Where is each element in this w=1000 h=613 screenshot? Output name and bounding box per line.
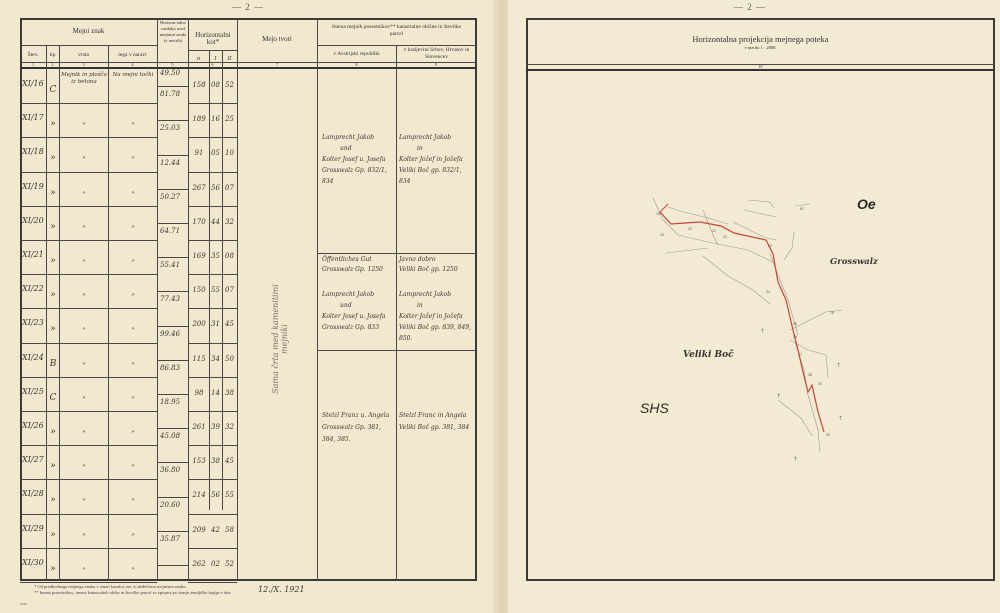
mark-type: B xyxy=(47,359,59,369)
angle-seconds: 38 xyxy=(222,389,237,397)
mark-kind: » xyxy=(60,190,108,197)
owner-parcel: Veliki Boč gp. 839, 849, 850. xyxy=(399,322,473,344)
owner-parcel: Grosswalz Gp. 832/1, 834 xyxy=(322,165,396,187)
mark-type: » xyxy=(47,119,59,129)
owner-shs-3: Lamprecht Jakob in Kolter Jožef in Jožef… xyxy=(399,289,473,344)
svg-text:↑: ↑ xyxy=(838,415,843,422)
mark-position: » xyxy=(109,532,157,539)
col-number: 6 xyxy=(188,62,237,67)
owner-name: Lamprecht Jakob xyxy=(399,132,473,143)
svg-text:19: 19 xyxy=(660,233,664,237)
owner-name: Öffentliches Gut xyxy=(322,255,396,265)
mark-position: » xyxy=(109,463,157,470)
print-mark: xxxx xyxy=(20,602,27,606)
left-page: — 2 — Mejni znak Štev. tip vrsta lega v … xyxy=(0,0,498,613)
angle-degrees: 153 xyxy=(189,457,209,465)
svg-text:18: 18 xyxy=(656,212,660,216)
mark-kind: » xyxy=(60,361,108,368)
mark-type: C xyxy=(47,85,59,95)
distance: 18.95 xyxy=(160,398,180,406)
angle-minutes: 42 xyxy=(209,526,222,534)
distance: 50.27 xyxy=(160,193,180,201)
angle-degrees: 200 xyxy=(189,320,209,328)
svg-text:29: 29 xyxy=(818,382,822,386)
header-lega: lega v naravi xyxy=(108,52,157,59)
boundary-map: 181920 212223 242526 272829 308178 ↑↑↑ ↑… xyxy=(508,0,1000,613)
mark-kind: » xyxy=(60,566,108,573)
angle-seconds: 07 xyxy=(222,184,237,192)
owner-name: Lamprecht Jakob xyxy=(322,132,396,143)
owner-shs-2: Javno dobro Veliki Boč gp. 1250 xyxy=(399,255,473,275)
map-label-veliki-boc: Veliki Boč xyxy=(683,350,734,360)
angle-minutes: 55 xyxy=(209,286,222,294)
owner-name: Lamprecht Jakob xyxy=(322,289,396,300)
header-kot: Horizontalni kot* xyxy=(189,32,237,46)
mark-kind: » xyxy=(60,463,108,470)
angle-seconds: 32 xyxy=(222,218,237,226)
angle-degrees: 169 xyxy=(189,252,209,260)
angle-degrees: 150 xyxy=(189,286,209,294)
angle-minutes: 34 xyxy=(209,355,222,363)
distance: 45.08 xyxy=(160,432,180,440)
mark-number: XI/16 xyxy=(22,79,46,88)
angle-minutes: 56 xyxy=(209,491,222,499)
angle-minutes: 31 xyxy=(209,320,222,328)
angle-degrees: 189 xyxy=(189,115,209,123)
svg-text:↑: ↑ xyxy=(793,456,798,463)
mark-type: » xyxy=(47,290,59,300)
footnote-2: ** Imena posestnikov, imena katastralnih… xyxy=(34,590,231,595)
header-shs: v kraljevini Srbov, Hrvatov in Slovencev xyxy=(398,47,475,61)
col-number: 4 xyxy=(108,62,157,67)
angle-degrees: 98 xyxy=(189,389,209,397)
angle-seconds: 08 xyxy=(222,252,237,260)
owner-name: in xyxy=(399,143,473,154)
mark-position: » xyxy=(109,292,157,299)
angle-seconds: 52 xyxy=(222,560,237,568)
mark-type: » xyxy=(47,427,59,437)
angle-seconds: 45 xyxy=(222,320,237,328)
angle-seconds: 32 xyxy=(222,423,237,431)
svg-text:↑: ↑ xyxy=(776,393,781,400)
distance: 64.71 xyxy=(160,227,180,235)
svg-text:20: 20 xyxy=(688,227,692,231)
angle-degrees: 262 xyxy=(189,560,209,568)
mark-position: » xyxy=(109,361,157,368)
mark-kind: » xyxy=(60,258,108,265)
angle-minutes: 56 xyxy=(209,184,222,192)
svg-text:25: 25 xyxy=(793,322,797,326)
mark-number: XI/17 xyxy=(22,113,46,122)
angle-degrees: 267 xyxy=(189,184,209,192)
owner-austria-1: Lamprecht Jakob und Kolter Josef u. Jose… xyxy=(322,132,396,187)
mark-position: Na mejni točki xyxy=(109,72,157,79)
svg-text:24: 24 xyxy=(766,290,770,294)
page-number: — 2 — xyxy=(232,2,264,12)
mark-position: » xyxy=(109,190,157,197)
mark-kind: » xyxy=(60,429,108,436)
mark-position: » xyxy=(109,429,157,436)
angle-seconds: 52 xyxy=(222,81,237,89)
angle-minutes: 14 xyxy=(209,389,222,397)
distance: 77.43 xyxy=(160,295,180,303)
owner-shs-1: Lamprecht Jakob in Kolter Jožef in Jožef… xyxy=(399,132,473,187)
map-label-oe: Oe xyxy=(857,196,876,212)
header-vrsta: vrsta xyxy=(59,52,108,59)
mark-position: » xyxy=(109,566,157,573)
distance: 81.78 xyxy=(160,90,180,98)
angle-seconds: 07 xyxy=(222,286,237,294)
mark-position: » xyxy=(109,258,157,265)
svg-text:81: 81 xyxy=(800,207,804,211)
angle-seconds: 58 xyxy=(222,526,237,534)
col-number: 1 xyxy=(20,62,46,67)
mark-kind: » xyxy=(60,292,108,299)
mark-type: » xyxy=(47,495,59,505)
mark-number: XI/22 xyxy=(22,284,46,293)
angle-minutes: 35 xyxy=(209,252,222,260)
distance: 99.46 xyxy=(160,330,180,338)
mark-number: XI/21 xyxy=(22,250,46,259)
owner-parcel: Veliki Boč gp. 1250 xyxy=(399,265,473,275)
svg-text:30: 30 xyxy=(826,433,830,437)
svg-text:26: 26 xyxy=(793,335,797,339)
svg-text:↑: ↑ xyxy=(836,362,841,369)
svg-text:28: 28 xyxy=(808,373,812,377)
owner-parcel: Veliki Boč gp. 832/1, 834 xyxy=(399,165,473,187)
mark-type: » xyxy=(47,153,59,163)
mejo-tvori-text: Sama črta med kamenitimi mejniki xyxy=(271,269,289,409)
mark-type: » xyxy=(47,564,59,574)
distance: 49.50 xyxy=(160,69,180,77)
owner-austria-2: Öffentliches Gut Grosswalz Gp. 1250 xyxy=(322,255,396,275)
mark-position: » xyxy=(109,155,157,162)
mark-number: XI/24 xyxy=(22,353,46,362)
angle-seconds: 55 xyxy=(222,491,237,499)
angle-minutes: 16 xyxy=(209,115,222,123)
owner-name: Stelzl Franz u. Angela xyxy=(322,410,396,422)
owner-name: Kolter Josef u. Josefa xyxy=(322,154,396,165)
owner-name: und xyxy=(322,143,396,154)
owner-name: und xyxy=(322,300,396,311)
svg-text:22: 22 xyxy=(723,235,727,239)
angle-minutes: 38 xyxy=(209,457,222,465)
col-number: 2 xyxy=(46,62,59,67)
owner-name: Kolter Jožef in Jožefa xyxy=(399,154,473,165)
owner-austria-3: Lamprecht Jakob und Kolter Josef u. Jose… xyxy=(322,289,396,333)
col-number: 7 xyxy=(237,62,317,67)
mark-number: XI/28 xyxy=(22,489,46,498)
distance: 55.41 xyxy=(160,261,180,269)
angle-degrees: 209 xyxy=(189,526,209,534)
col-number: 3 xyxy=(59,62,108,67)
mark-kind: » xyxy=(60,224,108,231)
col-number: 9 xyxy=(396,62,476,67)
right-page: — 2 — Horizontalna projekcija mejnega po… xyxy=(508,0,1000,613)
mark-type: » xyxy=(47,222,59,232)
mark-kind: » xyxy=(60,121,108,128)
owner-parcel: Grosswalz Gp. 833 xyxy=(322,322,396,333)
header-stev: Štev. xyxy=(20,52,46,59)
angle-seconds: 25 xyxy=(222,115,237,123)
angle-minutes: 02 xyxy=(209,560,222,568)
header-mejo-tvori: Mejo tvori xyxy=(237,36,317,43)
owner-name: in xyxy=(399,300,473,311)
svg-text:78: 78 xyxy=(830,311,834,315)
owner-name: Stelzl Franc in Angela xyxy=(399,410,473,422)
mark-type: » xyxy=(47,256,59,266)
mark-kind: Mejnik in plošča iz betona xyxy=(60,72,108,86)
mark-position: » xyxy=(109,224,157,231)
state-boundary-line xyxy=(660,212,824,432)
header-mejni-znak: Mejni znak xyxy=(20,28,157,35)
mark-number: XI/19 xyxy=(22,182,46,191)
owner-name: Javno dobro xyxy=(399,255,473,265)
distance: 12.44 xyxy=(160,159,180,167)
distance: 25.03 xyxy=(160,124,180,132)
angle-minutes: 05 xyxy=(209,149,222,157)
angle-minutes: 08 xyxy=(209,81,222,89)
mark-number: XI/23 xyxy=(22,318,46,327)
mark-type: » xyxy=(47,324,59,334)
owner-austria-4: Stelzl Franz u. Angela Grosswalz Gp. 381… xyxy=(322,410,396,446)
mark-number: XI/27 xyxy=(22,455,46,464)
header-horizontal-distance: Horizon-talno razdaljo med mejnimi znaki… xyxy=(158,20,188,44)
header-imena: Imena mejnih posestnikov** katastralne o… xyxy=(330,24,463,38)
mark-kind: » xyxy=(60,395,108,402)
col-number: 5 xyxy=(157,62,188,67)
mark-number: XI/26 xyxy=(22,421,46,430)
header-avstrija: v Avstrijski republiki xyxy=(317,51,396,58)
mark-position: » xyxy=(109,326,157,333)
owner-shs-4: Stelzl Franc in Angela Veliki Boč gp. 38… xyxy=(399,410,473,434)
angle-minutes: 44 xyxy=(209,218,222,226)
mark-number: XI/30 xyxy=(22,558,46,567)
svg-text:↑: ↑ xyxy=(760,328,765,335)
svg-text:21: 21 xyxy=(712,229,716,233)
mark-kind: » xyxy=(60,532,108,539)
map-label-shs: SHS xyxy=(640,400,669,416)
map-label-grosswalz: Grosswalz xyxy=(830,257,878,267)
owner-name: Kolter Jožef in Jožefa xyxy=(399,311,473,322)
mark-position: » xyxy=(109,121,157,128)
mark-kind: » xyxy=(60,155,108,162)
mark-number: XI/29 xyxy=(22,524,46,533)
svg-text:27: 27 xyxy=(798,353,802,357)
footnote-1: * Od predhodnega mejnega znaka v smeri k… xyxy=(34,584,187,589)
angle-degrees: 214 xyxy=(189,491,209,499)
distance: 20.60 xyxy=(160,501,180,509)
mark-position: » xyxy=(109,395,157,402)
svg-text:23: 23 xyxy=(768,244,772,248)
angle-degrees: 261 xyxy=(189,423,209,431)
mark-number: XI/25 xyxy=(22,387,46,396)
angle-degrees: 170 xyxy=(189,218,209,226)
mark-type: » xyxy=(47,461,59,471)
owner-parcel: Grosswalz Gp. 1250 xyxy=(322,265,396,275)
angle-seconds: 10 xyxy=(222,149,237,157)
angle-minutes: 39 xyxy=(209,423,222,431)
mark-type: » xyxy=(47,188,59,198)
mark-position: » xyxy=(109,497,157,504)
mark-number: XI/20 xyxy=(22,216,46,225)
distance: 36.80 xyxy=(160,466,180,474)
col-number: 8 xyxy=(317,62,396,67)
angle-degrees: 158 xyxy=(189,81,209,89)
distance: 35.87 xyxy=(160,535,180,543)
footnote-date: 12./X. 1921 xyxy=(258,585,305,594)
angle-degrees: 91 xyxy=(189,149,209,157)
owner-name: Kolter Josef u. Josefa xyxy=(322,311,396,322)
mark-type: » xyxy=(47,530,59,540)
angle-seconds: 45 xyxy=(222,457,237,465)
mark-kind: » xyxy=(60,326,108,333)
mark-number: XI/18 xyxy=(22,147,46,156)
owner-parcel: Veliki Boč gp. 381, 384 xyxy=(399,422,473,434)
angle-degrees: 115 xyxy=(189,355,209,363)
distance: 86.83 xyxy=(160,364,180,372)
owner-parcel: Grosswalz Gp. 381, 384, 385. xyxy=(322,422,396,446)
angle-seconds: 50 xyxy=(222,355,237,363)
owner-name: Lamprecht Jakob xyxy=(399,289,473,300)
mark-type: C xyxy=(47,393,59,403)
mark-kind: » xyxy=(60,497,108,504)
header-tip: tip xyxy=(46,52,59,59)
